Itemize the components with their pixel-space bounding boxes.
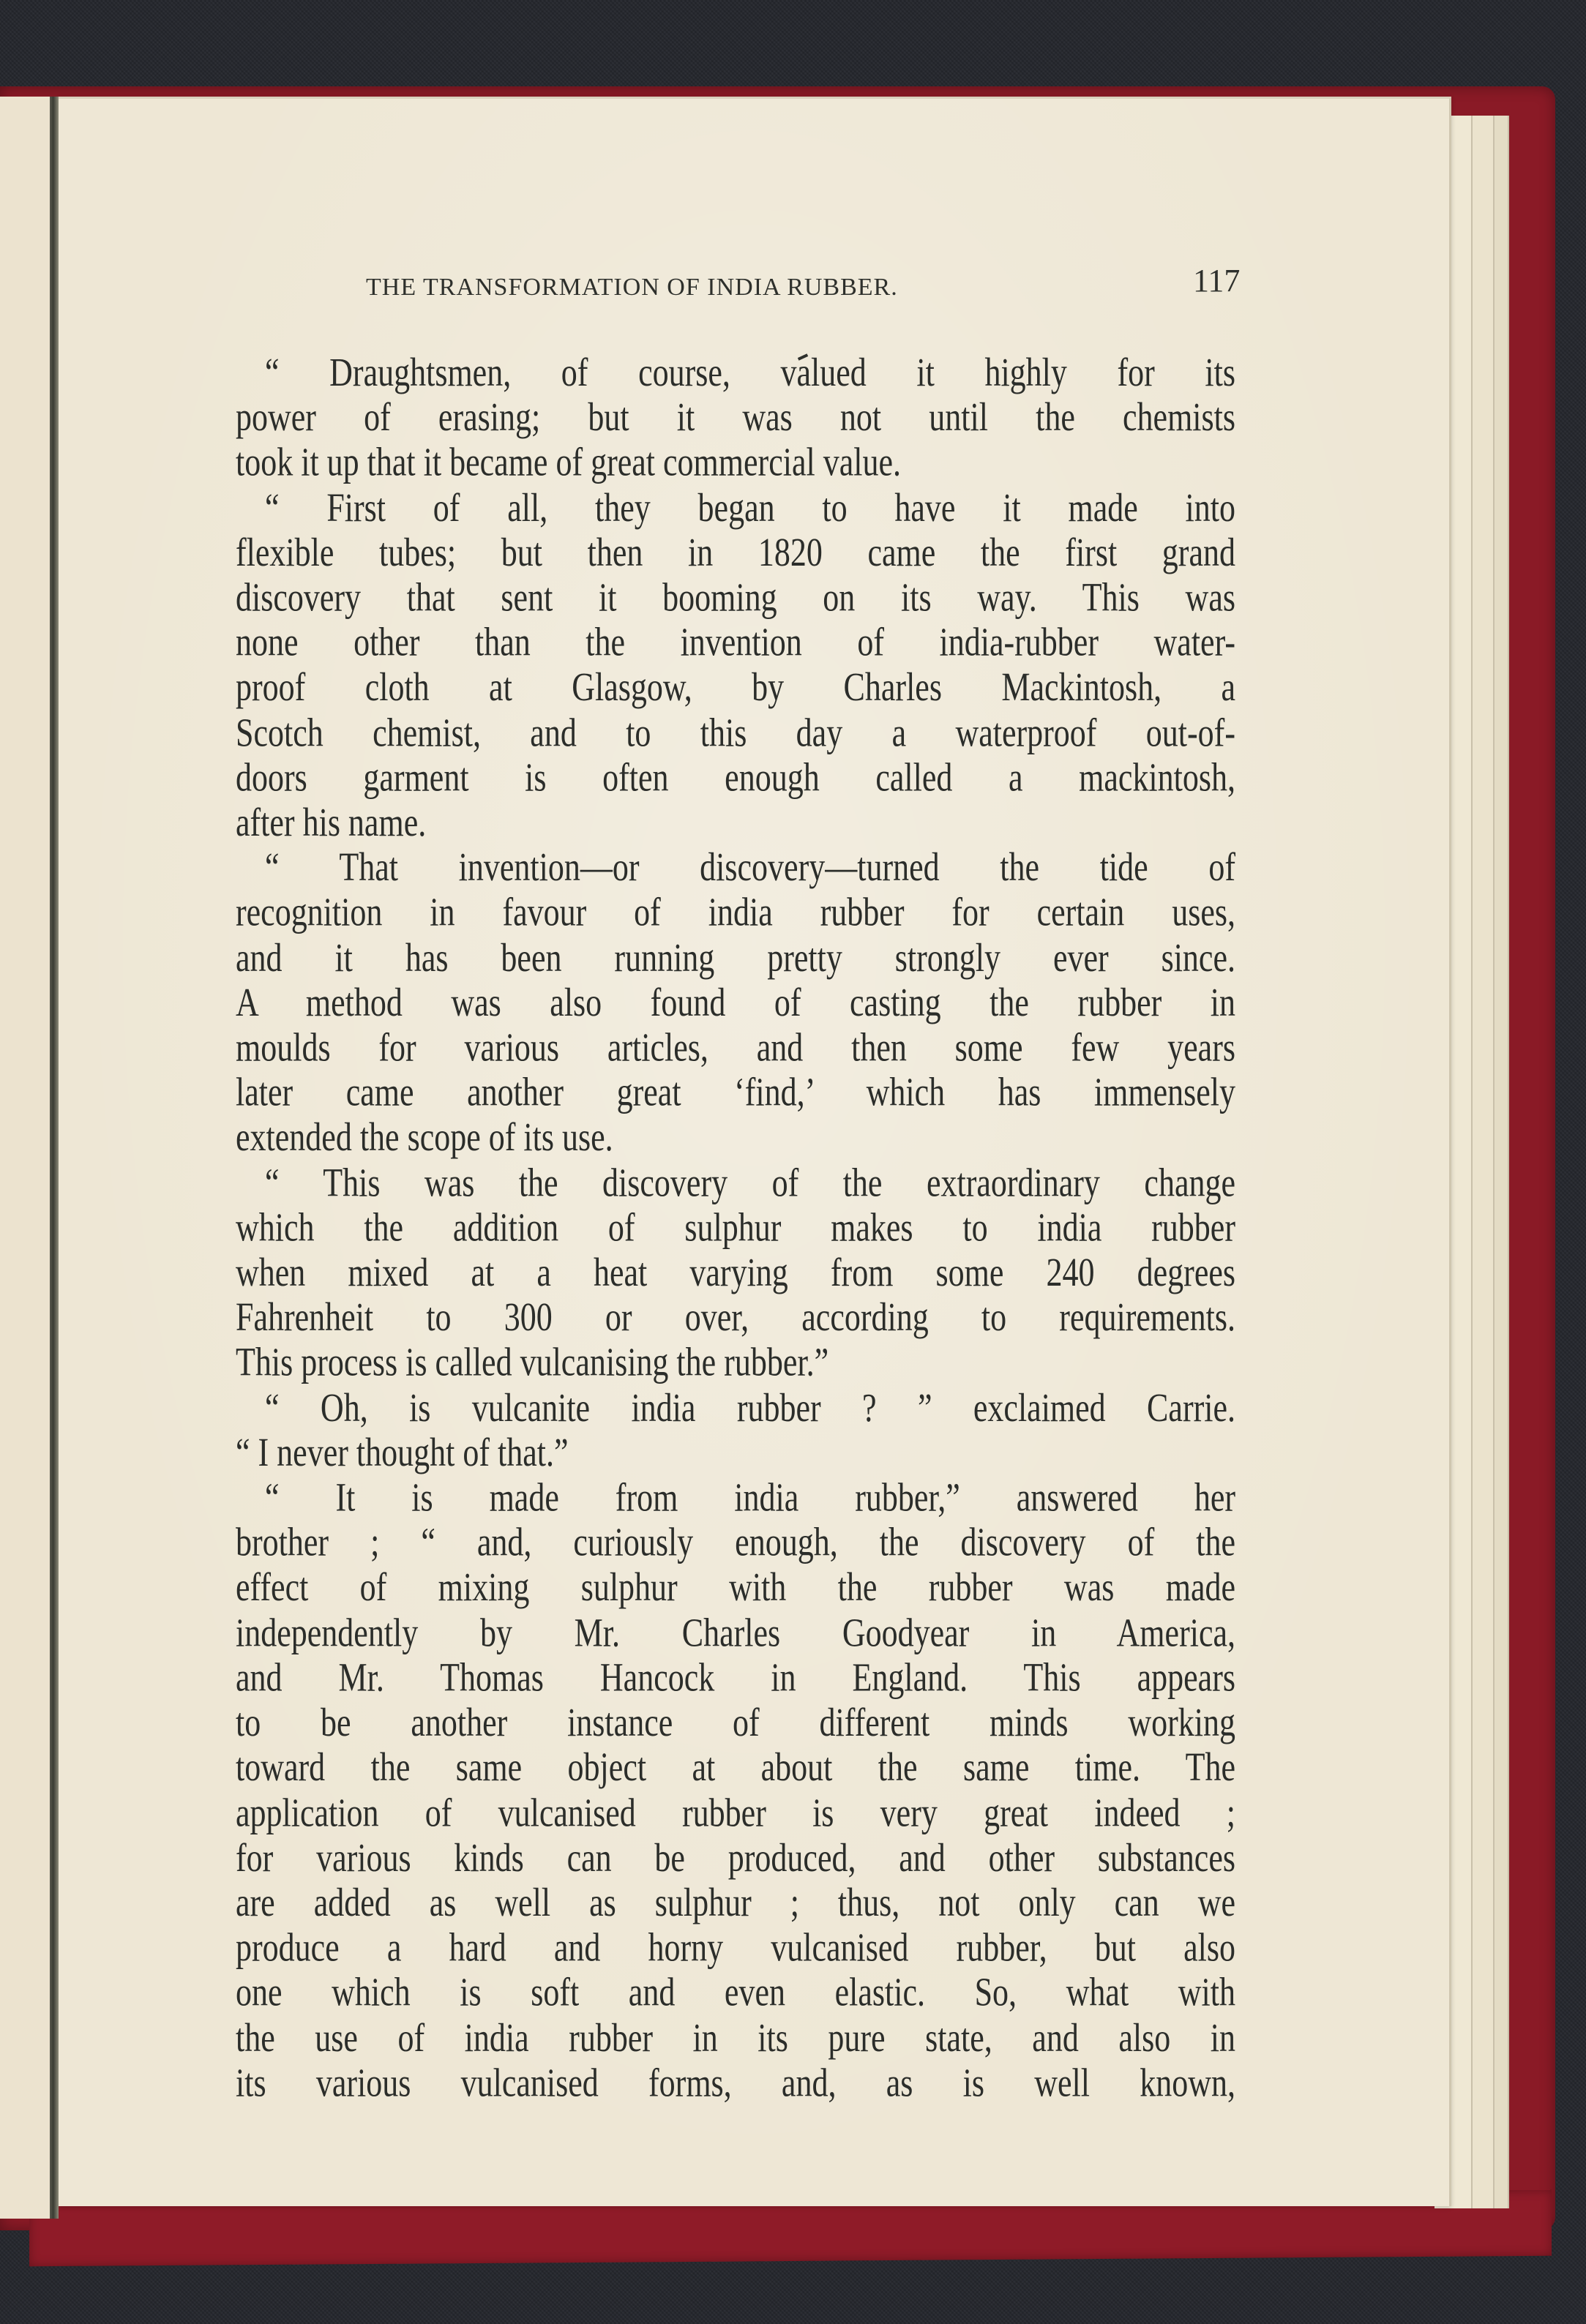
text-line: took it up that it became of great comme… xyxy=(236,440,1235,485)
text-line: independently by Mr. Charles Goodyear in… xyxy=(236,1610,1235,1655)
text-line: flexible tubes; but then in 1820 came th… xyxy=(236,530,1235,575)
text-line: A method was also found of casting the r… xyxy=(236,980,1235,1025)
text-line: extended the scope of its use. xyxy=(236,1115,1235,1161)
text-line: effect of mixing sulphur with the rubber… xyxy=(236,1565,1235,1611)
left-page-edge xyxy=(0,97,53,2219)
text-line: after his name. xyxy=(236,800,1235,845)
text-line: “ It is made from india rubber,” answere… xyxy=(236,1475,1235,1521)
text-line: moulds for various articles, and then so… xyxy=(236,1025,1235,1071)
text-line: “ Oh, is vulcanite india rubber ? ” excl… xyxy=(236,1385,1235,1431)
text-line: one which is soft and even elastic. So, … xyxy=(236,1970,1235,2015)
text-line: produce a hard and horny vulcanised rubb… xyxy=(236,1925,1235,1971)
text-line: proof cloth at Glasgow, by Charles Macki… xyxy=(236,665,1235,711)
text-line: toward the same object at about the same… xyxy=(236,1745,1235,1791)
text-line: power of erasing; but it was not until t… xyxy=(236,395,1235,441)
text-line: recognition in favour of india rubber fo… xyxy=(236,890,1235,935)
text-line: doors garment is often enough called a m… xyxy=(236,755,1235,801)
body-text: “ Draughtsmen, of course, valued it high… xyxy=(236,350,1235,2105)
text-line: “ Draughtsmen, of course, valued it high… xyxy=(236,350,1235,395)
page-number: 117 xyxy=(1193,262,1240,299)
text-line: none other than the invention of india-r… xyxy=(236,620,1235,665)
text-line: its various vulcanised forms, and, as is… xyxy=(236,2060,1235,2105)
text-line: when mixed at a heat varying from some 2… xyxy=(236,1250,1235,1295)
text-line: the use of india rubber in its pure stat… xyxy=(236,2015,1235,2061)
text-line: and it has been running pretty strongly … xyxy=(236,935,1235,981)
text-line: “ This was the discovery of the extraord… xyxy=(236,1160,1235,1205)
text-line: are added as well as sulphur ; thus, not… xyxy=(236,1880,1235,1925)
text-line: brother ; “ and, curiously enough, the d… xyxy=(236,1520,1235,1565)
text-line: to be another instance of different mind… xyxy=(236,1700,1235,1745)
text-line: application of vulcanised rubber is very… xyxy=(236,1790,1235,1835)
text-line: and Mr. Thomas Hancock in England. This … xyxy=(236,1655,1235,1701)
text-line: later came another great ‘find,’ which h… xyxy=(236,1070,1235,1115)
text-line: This process is called vulcanising the r… xyxy=(236,1340,1235,1385)
text-line: Fahrenheit to 300 or over, according to … xyxy=(236,1295,1235,1341)
running-head: THE TRANSFORMATION OF INDIA RUBBER. xyxy=(366,274,898,301)
text-line: discovery that sent it booming on its wa… xyxy=(236,575,1235,621)
text-line: for various kinds can be produced, and o… xyxy=(236,1835,1235,1881)
text-line: “ That invention—or discovery—turned the… xyxy=(236,845,1235,891)
book-gutter xyxy=(50,97,59,2219)
text-line: which the addition of sulphur makes to i… xyxy=(236,1205,1235,1251)
text-line: “ I never thought of that.” xyxy=(236,1430,1235,1475)
text-line: Scotch chemist, and to this day a waterp… xyxy=(236,710,1235,755)
text-line: “ First of all, they began to have it ma… xyxy=(236,485,1235,531)
